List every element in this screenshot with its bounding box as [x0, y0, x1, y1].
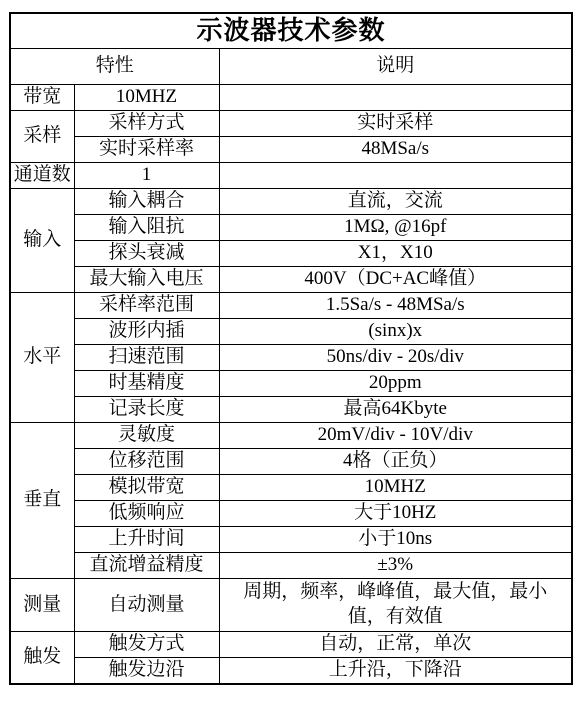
description-cell: 400V（DC+AC峰值） — [219, 267, 572, 293]
feature-cell: 触发方式 — [74, 632, 219, 658]
table-row: 水平采样率范围1.5Sa/s - 48MSa/s — [10, 293, 572, 319]
feature-cell: 模拟带宽 — [74, 475, 219, 501]
table-row: 位移范围4格（正负） — [10, 449, 572, 475]
description-cell: 50ns/div - 20s/div — [219, 345, 572, 371]
table-title: 示波器技术参数 — [10, 13, 572, 49]
feature-cell: 实时采样率 — [74, 137, 219, 163]
table-row: 上升时间小于10ns — [10, 527, 572, 553]
category-cell: 触发 — [10, 632, 74, 685]
description-cell — [219, 163, 572, 189]
table-row: 实时采样率48MSa/s — [10, 137, 572, 163]
table-row: 直流增益精度±3% — [10, 553, 572, 579]
category-cell: 水平 — [10, 293, 74, 423]
column-header-description: 说明 — [219, 49, 572, 85]
feature-cell: 输入阻抗 — [74, 215, 219, 241]
category-cell: 带宽 — [10, 85, 74, 111]
column-header-feature: 特性 — [10, 49, 219, 85]
description-cell: 小于10ns — [219, 527, 572, 553]
table-header-row: 特性 说明 — [10, 49, 572, 85]
feature-cell: 触发边沿 — [74, 658, 219, 685]
feature-cell: 探头衰减 — [74, 241, 219, 267]
description-cell: 1.5Sa/s - 48MSa/s — [219, 293, 572, 319]
table-row: 探头衰减X1，X10 — [10, 241, 572, 267]
table-row: 通道数1 — [10, 163, 572, 189]
feature-cell: 10MHZ — [74, 85, 219, 111]
category-cell: 通道数 — [10, 163, 74, 189]
oscilloscope-spec-table: 示波器技术参数 特性 说明 带宽10MHZ采样采样方式实时采样实时采样率48MS… — [9, 12, 573, 685]
table-row: 触发边沿上升沿，下降沿 — [10, 658, 572, 685]
description-cell: 直流，交流 — [219, 189, 572, 215]
description-cell: 实时采样 — [219, 111, 572, 137]
feature-cell: 位移范围 — [74, 449, 219, 475]
category-cell: 采样 — [10, 111, 74, 163]
table-row: 输入输入耦合直流，交流 — [10, 189, 572, 215]
description-cell: (sinx)x — [219, 319, 572, 345]
feature-cell: 扫速范围 — [74, 345, 219, 371]
table-title-row: 示波器技术参数 — [10, 13, 572, 49]
description-cell: 48MSa/s — [219, 137, 572, 163]
table-row: 波形内插(sinx)x — [10, 319, 572, 345]
description-cell: 4格（正负） — [219, 449, 572, 475]
feature-cell: 波形内插 — [74, 319, 219, 345]
feature-cell: 上升时间 — [74, 527, 219, 553]
description-cell: 大于10HZ — [219, 501, 572, 527]
table-row: 低频响应大于10HZ — [10, 501, 572, 527]
feature-cell: 最大输入电压 — [74, 267, 219, 293]
description-cell: 周期，频率，峰峰值，最大值，最小值，有效值 — [219, 579, 572, 632]
description-cell: ±3% — [219, 553, 572, 579]
category-cell: 测量 — [10, 579, 74, 632]
table-row: 采样采样方式实时采样 — [10, 111, 572, 137]
description-cell: 上升沿，下降沿 — [219, 658, 572, 685]
feature-cell: 直流增益精度 — [74, 553, 219, 579]
description-cell: X1，X10 — [219, 241, 572, 267]
table-row: 输入阻抗1MΩ, @16pf — [10, 215, 572, 241]
table-row: 扫速范围50ns/div - 20s/div — [10, 345, 572, 371]
table-row: 最大输入电压400V（DC+AC峰值） — [10, 267, 572, 293]
feature-cell: 1 — [74, 163, 219, 189]
table-row: 触发触发方式自动，正常，单次 — [10, 632, 572, 658]
feature-cell: 低频响应 — [74, 501, 219, 527]
feature-cell: 灵敏度 — [74, 423, 219, 449]
feature-cell: 时基精度 — [74, 371, 219, 397]
description-cell: 最高64Kbyte — [219, 397, 572, 423]
feature-cell: 输入耦合 — [74, 189, 219, 215]
table-row: 记录长度最高64Kbyte — [10, 397, 572, 423]
description-cell: 20mV/div - 10V/div — [219, 423, 572, 449]
description-cell — [219, 85, 572, 111]
description-cell: 1MΩ, @16pf — [219, 215, 572, 241]
feature-cell: 自动测量 — [74, 579, 219, 632]
category-cell: 垂直 — [10, 423, 74, 579]
table-row: 垂直灵敏度20mV/div - 10V/div — [10, 423, 572, 449]
table-row: 测量自动测量周期，频率，峰峰值，最大值，最小值，有效值 — [10, 579, 572, 632]
table-row: 模拟带宽10MHZ — [10, 475, 572, 501]
description-cell: 10MHZ — [219, 475, 572, 501]
feature-cell: 采样率范围 — [74, 293, 219, 319]
feature-cell: 记录长度 — [74, 397, 219, 423]
description-cell: 20ppm — [219, 371, 572, 397]
description-cell: 自动，正常，单次 — [219, 632, 572, 658]
document-page: 示波器技术参数 特性 说明 带宽10MHZ采样采样方式实时采样实时采样率48MS… — [0, 0, 584, 723]
table-row: 带宽10MHZ — [10, 85, 572, 111]
table-row: 时基精度20ppm — [10, 371, 572, 397]
feature-cell: 采样方式 — [74, 111, 219, 137]
category-cell: 输入 — [10, 189, 74, 293]
